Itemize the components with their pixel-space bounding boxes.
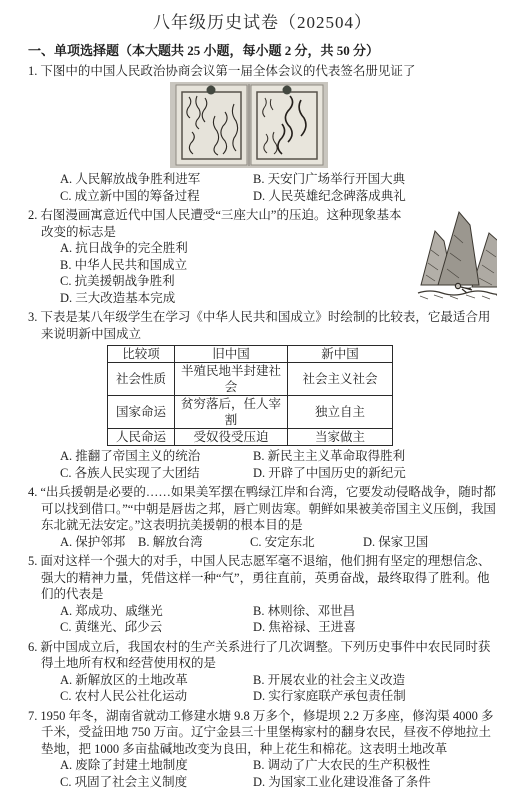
question-7-option-b: B. 调动了广大农民的生产积极性 — [253, 757, 497, 774]
question-7-option-c: C. 巩固了社会主义制度 — [60, 774, 253, 791]
question-7-number: 7. — [28, 709, 40, 723]
question-3: 3.下表是某八年级学生在学习《中华人民共和国成立》时绘制的比较表，它最适合用来说… — [28, 309, 497, 481]
table-header-row: 比较项 旧中国 新中国 — [108, 346, 393, 363]
question-1-option-c: C. 成立新中国的筹备过程 — [60, 188, 253, 205]
table-cell: 受奴役受压迫 — [175, 429, 288, 446]
question-5-option-d: D. 焦裕禄、王进喜 — [253, 619, 497, 636]
table-row: 国家命运 贫穷落后，任人宰割 独立自主 — [108, 396, 393, 429]
table-cell: 人民命运 — [108, 429, 175, 446]
question-2: 2.右图漫画寓意近代中国人民遭受“三座大山”的压迫。这种现象基本改变的标志是 A… — [28, 207, 497, 306]
question-7-options-row-1: A. 废除了封建土地制度 B. 调动了广大农民的生产积极性 — [60, 757, 497, 774]
question-3-option-b: B. 新民主主义革命取得胜利 — [253, 448, 497, 465]
question-3-options-row-2: C. 各族人民实现了大团结 D. 开辟了中国历史的新纪元 — [60, 465, 497, 482]
question-4-option-c: C. 安定东北 — [250, 534, 363, 551]
question-7-option-d: D. 为国家工业化建设准备了条件 — [253, 774, 497, 791]
question-5-options-row-2: C. 黄继光、邱少云 D. 焦裕禄、王进喜 — [60, 619, 497, 636]
signature-book-right-page — [251, 85, 323, 165]
question-7-options-row-2: C. 巩固了社会主义制度 D. 为国家工业化建设准备了条件 — [60, 774, 497, 791]
question-5-option-c: C. 黄继光、邱少云 — [60, 619, 253, 636]
table-row: 人民命运 受奴役受压迫 当家做主 — [108, 429, 393, 446]
question-1-options-row-2: C. 成立新中国的筹备过程 D. 人民英雄纪念碑落成典礼 — [60, 188, 497, 205]
question-3-options-row-1: A. 推翻了帝国主义的统治 B. 新民主主义革命取得胜利 — [60, 448, 497, 465]
table-cell: 社会主义社会 — [288, 363, 393, 396]
seal-stamp-icon — [283, 86, 292, 95]
ground — [418, 291, 497, 299]
table-header-new-china: 新中国 — [288, 346, 393, 363]
question-6-text: 新中国成立后，我国农村的生产关系进行了几次调整。下列历史事件中农民同时获得土地所… — [40, 640, 490, 671]
comparison-table: 比较项 旧中国 新中国 社会性质 半殖民地半封建社会 社会主义社会 国家命运 贫… — [107, 345, 393, 446]
question-1-number: 1. — [28, 64, 40, 78]
exam-page: 八年级历史试卷（202504） 一、单项选择题（本大题共 25 小题，每小题 2… — [0, 0, 517, 790]
question-3-number: 3. — [28, 310, 40, 324]
question-1: 1.下图中的中国人民政治协商会议第一届全体会议的代表签名册见证了 — [28, 63, 497, 205]
table-cell: 社会性质 — [108, 363, 175, 396]
section-heading: 一、单项选择题（本大题共 25 小题，每小题 2 分，共 50 分） — [28, 43, 497, 60]
question-4-option-a: A. 保护邻邦 — [60, 534, 138, 551]
question-3-text: 下表是某八年级学生在学习《中华人民共和国成立》时绘制的比较表，它最适合用来说明新… — [40, 310, 490, 341]
question-6-option-b: B. 开展农业的社会主义改造 — [253, 672, 497, 689]
question-3-option-a: A. 推翻了帝国主义的统治 — [60, 448, 253, 465]
question-4-options-row: A. 保护邻邦 B. 解放台湾 C. 安定东北 D. 保家卫国 — [60, 534, 497, 551]
exam-title: 八年级历史试卷（202504） — [28, 12, 497, 34]
question-6-option-d: D. 实行家庭联产承包责任制 — [253, 688, 497, 705]
question-4-option-d: D. 保家卫国 — [363, 534, 497, 551]
question-1-option-a: A. 人民解放战争胜利进军 — [60, 171, 253, 188]
three-mountains-cartoon — [416, 207, 497, 305]
question-5: 5.面对这样一个强大的对手，中国人民志愿军毫不退缩，他们拥有坚定的理想信念、强大… — [28, 553, 497, 636]
question-5-option-b: B. 林则徐、邓世昌 — [253, 603, 497, 620]
table-cell: 国家命运 — [108, 396, 175, 429]
question-5-text: 面对这样一个强大的对手，中国人民志愿军毫不退缩，他们拥有坚定的理想信念、强大的精… — [40, 554, 490, 601]
question-1-option-d: D. 人民英雄纪念碑落成典礼 — [253, 188, 497, 205]
question-5-number: 5. — [28, 554, 40, 568]
question-4-text: “出兵援朝是必要的……如果美军摆在鸭绿江岸和台湾，它要发动侵略战争，随时都可以找… — [40, 485, 496, 532]
table-header-old-china: 旧中国 — [175, 346, 288, 363]
question-6-option-a: A. 新解放区的土地改革 — [60, 672, 253, 689]
question-1-options-row-1: A. 人民解放战争胜利进军 B. 天安门广场举行开国大典 — [60, 171, 497, 188]
question-3-option-c: C. 各族人民实现了大团结 — [60, 465, 253, 482]
question-2-text: 右图漫画寓意近代中国人民遭受“三座大山”的压迫。这种现象基本改变的标志是 — [40, 208, 401, 239]
question-4: 4.“出兵援朝是必要的……如果美军摆在鸭绿江岸和台湾，它要发动侵略战争，随时都可… — [28, 484, 497, 550]
signature-book-photo — [170, 82, 328, 168]
table-cell: 半殖民地半封建社会 — [175, 363, 288, 396]
table-header-compare-item: 比较项 — [108, 346, 175, 363]
question-6: 6.新中国成立后，我国农村的生产关系进行了几次调整。下列历史事件中农民同时获得土… — [28, 639, 497, 705]
question-5-options-row-1: A. 郑成功、戚继光 B. 林则徐、邓世昌 — [60, 603, 497, 620]
question-6-options-row-2: C. 农村人民公社化运动 D. 实行家庭联产承包责任制 — [60, 688, 497, 705]
question-1-option-b: B. 天安门广场举行开国大典 — [253, 171, 497, 188]
table-cell: 贫穷落后，任人宰割 — [175, 396, 288, 429]
three-mountains-image — [416, 207, 497, 300]
question-6-options-row-1: A. 新解放区的土地改革 B. 开展农业的社会主义改造 — [60, 672, 497, 689]
question-1-text: 下图中的中国人民政治协商会议第一届全体会议的代表签名册见证了 — [40, 64, 415, 78]
signature-book-left-page — [176, 85, 247, 165]
table-row: 社会性质 半殖民地半封建社会 社会主义社会 — [108, 363, 393, 396]
seal-stamp-icon — [207, 86, 216, 95]
mountains — [421, 212, 497, 287]
question-3-option-d: D. 开辟了中国历史的新纪元 — [253, 465, 497, 482]
question-4-option-b: B. 解放台湾 — [138, 534, 250, 551]
question-6-option-c: C. 农村人民公社化运动 — [60, 688, 253, 705]
question-4-number: 4. — [28, 485, 40, 499]
table-cell: 当家做主 — [288, 429, 393, 446]
question-5-option-a: A. 郑成功、戚继光 — [60, 603, 253, 620]
signature-book-image — [170, 82, 328, 168]
question-7: 7.1950 年冬，湖南省就动工修建水塘 9.8 万多个，修堤坝 2.2 万多座… — [28, 708, 497, 791]
question-2-number: 2. — [28, 208, 40, 222]
question-6-number: 6. — [28, 640, 40, 654]
question-7-option-a: A. 废除了封建土地制度 — [60, 757, 253, 774]
table-cell: 独立自主 — [288, 396, 393, 429]
question-7-text: 1950 年冬，湖南省就动工修建水塘 9.8 万多个，修堤坝 2.2 万多座，修… — [40, 709, 493, 756]
